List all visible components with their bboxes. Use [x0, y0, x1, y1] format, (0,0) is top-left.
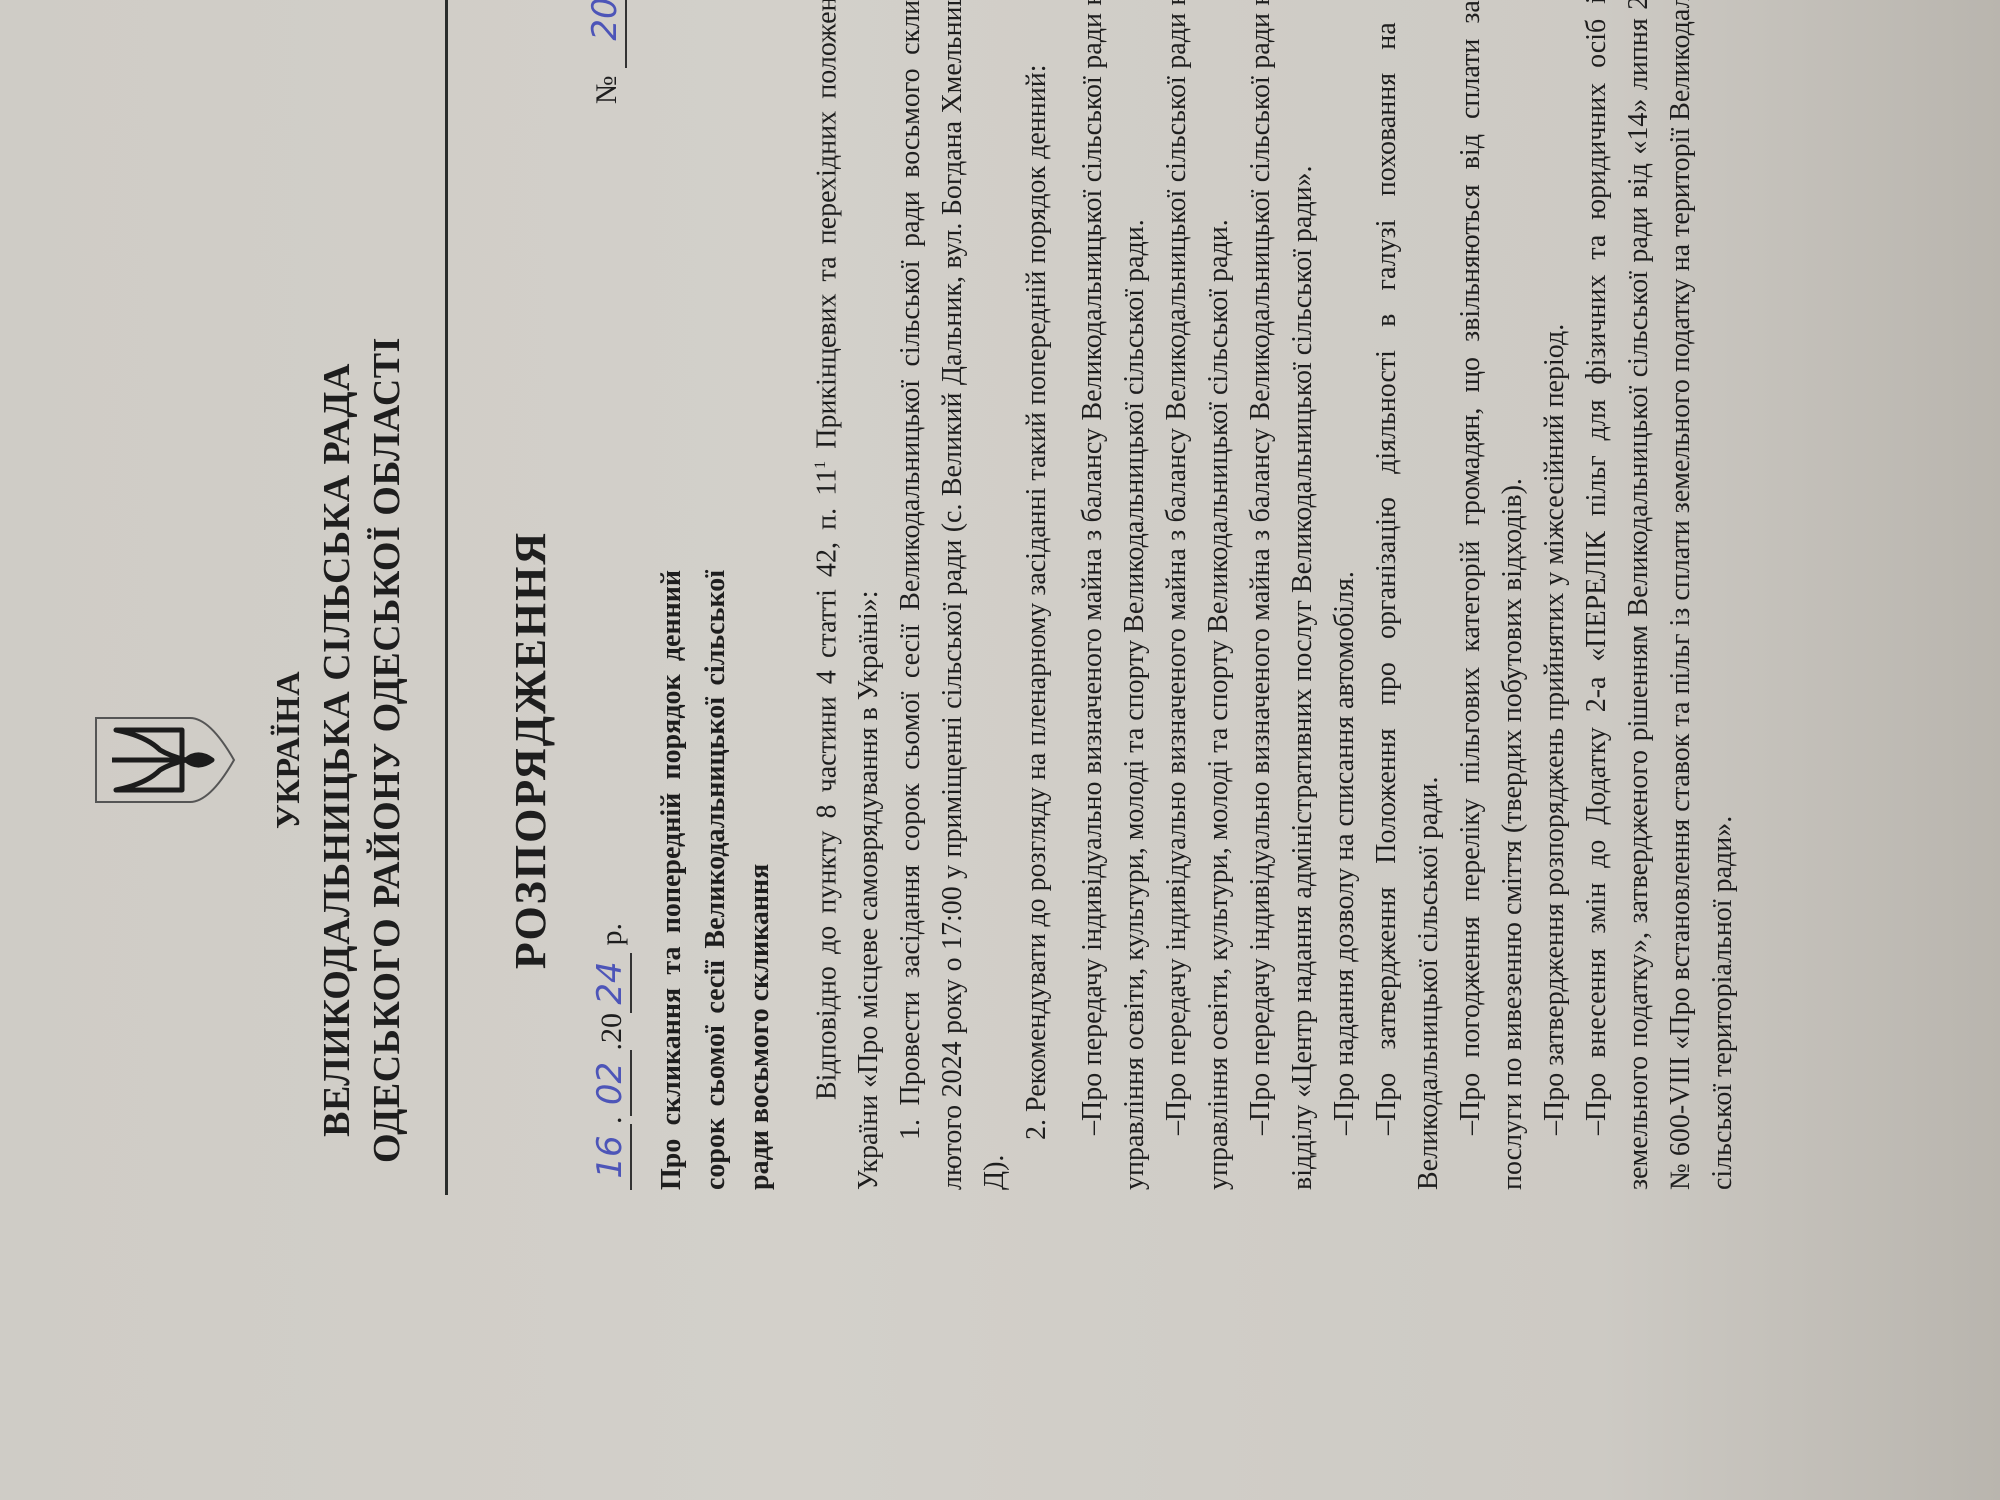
date-month: 02: [590, 1051, 632, 1117]
document-subject: Про скликання та попередній порядок денн…: [650, 570, 782, 1190]
council-heading: ВЕЛИКОДАЛЬНИЦЬКА СІЛЬСЬКА РАДА: [315, 0, 359, 1500]
document-body: Відповідно до пункту 8 частини 4 статті …: [800, 0, 1744, 1190]
agenda-item: –Про внесення змін до Додатку 2-а «ПЕРЕЛ…: [1576, 0, 1744, 1190]
agenda-item: –Про передачу індивідуально визначеного …: [1072, 0, 1156, 1190]
agenda-item: –Про погодження переліку пільгових катег…: [1450, 0, 1534, 1190]
date-day: 16: [590, 1124, 632, 1190]
date-separator: .: [595, 1117, 628, 1125]
date-year-prefix: .20: [595, 1013, 628, 1051]
agenda-item: –Про надання дозволу на списання автомоб…: [1324, 0, 1366, 1190]
trident-coat-of-arms-icon: [90, 710, 240, 810]
agenda-item: –Про затвердження Положення про організа…: [1366, 0, 1450, 1190]
preamble: Відповідно до пункту 8 частини 4 статті …: [800, 0, 890, 1190]
document-page: УКРАЇНА ВЕЛИКОДАЛЬНИЦЬКА СІЛЬСЬКА РАДА О…: [0, 0, 2000, 1500]
number-label: №: [590, 76, 623, 105]
country-heading: УКРАЇНА: [270, 0, 308, 1500]
point-1: 1. Провести засідання сорок сьомої сесії…: [890, 0, 1016, 1190]
district-heading: ОДЕСЬКОГО РАЙОНУ ОДЕСЬКОЇ ОБЛАСТІ: [365, 0, 409, 1500]
document-number: № 20: [585, 0, 627, 104]
point-2: 2. Рекомендувати до розгляду на пленарно…: [1016, 0, 1058, 1190]
document-date: 16.02.2024 р.: [590, 923, 632, 1190]
number-value: 20: [585, 0, 627, 68]
date-suffix: р.: [595, 923, 628, 953]
date-year-suffix: 24: [590, 953, 632, 1013]
header-divider: [445, 0, 448, 1195]
agenda-item: –Про затвердження розпоряджень прийнятих…: [1534, 0, 1576, 1190]
document-title: РОЗПОРЯДЖЕННЯ: [505, 0, 556, 1500]
preamble-superscript: 1: [812, 461, 829, 469]
agenda-item: –Про передачу індивідуально визначеного …: [1240, 0, 1324, 1190]
preamble-text: Відповідно до пункту 8 частини 4 статті …: [811, 469, 842, 1100]
agenda-item: –Про передачу індивідуально визначеного …: [1156, 0, 1240, 1190]
